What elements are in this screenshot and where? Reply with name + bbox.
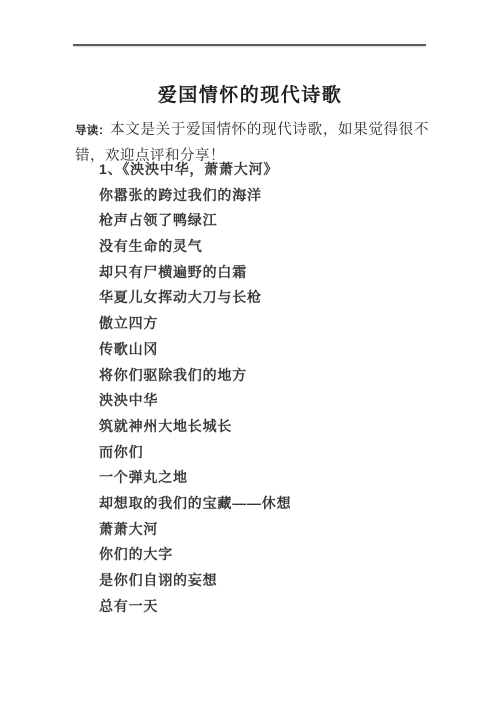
poem-title-line: 1、《泱泱中华，萧萧大河》 (99, 157, 460, 183)
poem-line: 筑就神州大地长城长 (99, 414, 460, 440)
poem-line: 却只有尸横遍野的白霜 (99, 260, 460, 286)
poem-line: 一个弹丸之地 (99, 465, 460, 491)
poem-line: 傲立四方 (99, 311, 460, 337)
poem-line: 泱泱中华 (99, 388, 460, 414)
top-divider-rule (73, 44, 426, 46)
page-title: 爱国情怀的现代诗歌 (0, 80, 500, 107)
poem-line: 你嚣张的跨过我们的海洋 (99, 183, 460, 209)
poem-line: 萧萧大河 (99, 517, 460, 543)
document-page: 爱国情怀的现代诗歌 导读：本文是关于爱国情怀的现代诗歌，如果觉得很不错，欢迎点评… (0, 0, 500, 708)
poem-line: 而你们 (99, 440, 460, 466)
poem-line: 你们的大字 (99, 542, 460, 568)
poem-line: 却想取的我们的宝藏——休想 (99, 491, 460, 517)
lead-label: 导读： (75, 125, 110, 137)
poem-line: 枪声占领了鸭绿江 (99, 208, 460, 234)
poem-line: 没有生命的灵气 (99, 234, 460, 260)
poem-line: 华夏儿女挥动大刀与长枪 (99, 285, 460, 311)
poem: 1、《泱泱中华，萧萧大河》 你嚣张的跨过我们的海洋 枪声占领了鸭绿江 没有生命的… (99, 157, 460, 619)
poem-line: 传歌山冈 (99, 337, 460, 363)
poem-line: 是你们自诩的妄想 (99, 568, 460, 594)
poem-line: 将你们驱除我们的地方 (99, 363, 460, 389)
poem-line: 总有一天 (99, 594, 460, 620)
